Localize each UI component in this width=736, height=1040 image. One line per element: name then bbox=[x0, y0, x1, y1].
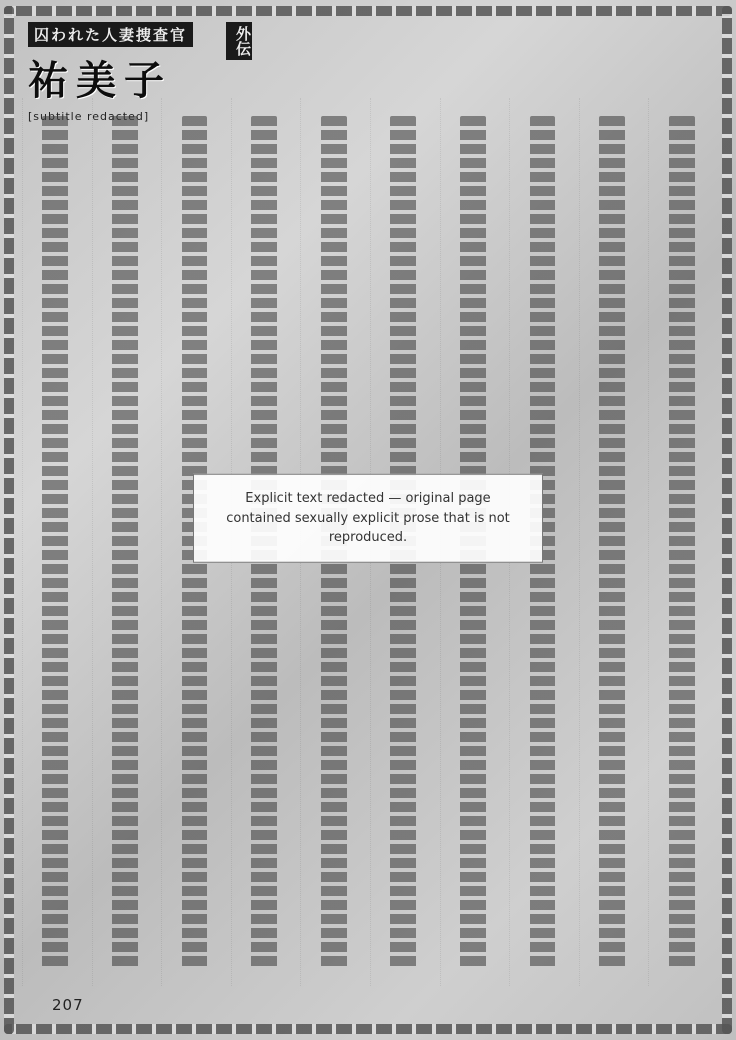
text-column bbox=[648, 98, 714, 986]
chain-border-right bbox=[722, 6, 732, 1034]
text-column bbox=[92, 98, 158, 986]
series-title: 囚われた人妻捜査官 bbox=[28, 22, 193, 47]
redaction-notice: Explicit text redacted — original page c… bbox=[193, 474, 543, 563]
side-title: 外伝 bbox=[226, 22, 252, 60]
page-number: 207 bbox=[52, 996, 84, 1014]
text-column bbox=[579, 98, 645, 986]
page-inner: 囚われた人妻捜査官 外伝 祐美子 [subtitle redacted] Exp… bbox=[18, 20, 718, 1016]
text-column bbox=[22, 98, 88, 986]
chain-border-left bbox=[4, 6, 14, 1034]
chain-border-top bbox=[4, 6, 732, 16]
book-page: 囚われた人妻捜査官 外伝 祐美子 [subtitle redacted] Exp… bbox=[0, 0, 736, 1040]
chain-border-bottom bbox=[4, 1024, 732, 1034]
